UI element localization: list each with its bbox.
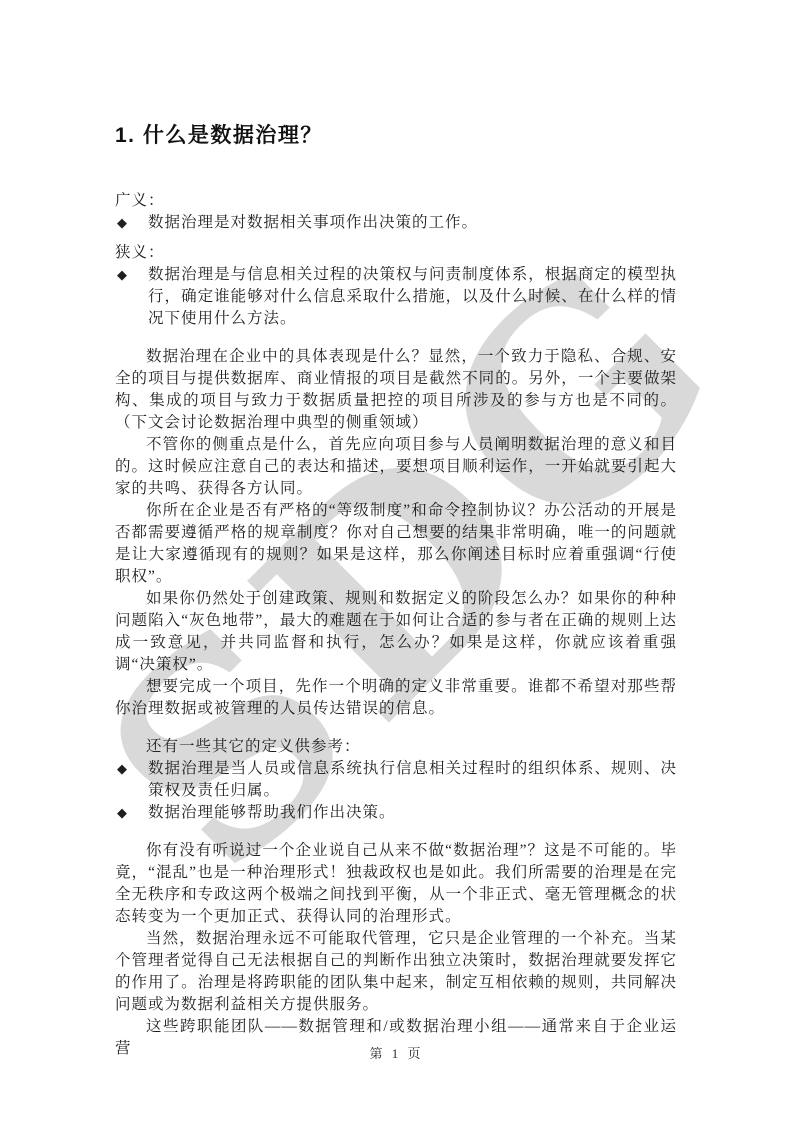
bullet-diamond-icon: ◆ <box>117 212 127 234</box>
document-page: SDG 1. 什么是数据治理？ 广义： ◆ 数据治理是对数据相关事项作出决策的工… <box>0 0 793 1122</box>
broad-definition-label: 广义： <box>115 190 677 212</box>
list-item-text: 数据治理是当人员或信息系统执行信息相关过程时的组织体系、规则、决策权及责任归属。 <box>148 760 677 799</box>
list-item-other-definition: ◆ 数据治理是当人员或信息系统执行信息相关过程时的组织体系、规则、决策权及责任归… <box>115 758 677 802</box>
paragraph: 你有没有听说过一个企业说自己从来不做“数据治理”？这是不可能的。毕竟，“混乱”也… <box>115 840 677 928</box>
bullet-diamond-icon: ◆ <box>117 802 127 824</box>
narrow-definition-label: 狭义： <box>115 242 677 264</box>
paragraph: 数据治理在企业中的具体表现是什么？显然，一个致力于隐私、合规、安全的项目与提供数… <box>115 346 677 434</box>
footer-page-number: 第 1 页 <box>0 1043 793 1062</box>
list-item-narrow-definition: ◆ 数据治理是与信息相关过程的决策权与问责制度体系，根据商定的模型执行，确定谁能… <box>115 264 677 330</box>
spacer <box>115 234 677 242</box>
page-content: 1. 什么是数据治理？ 广义： ◆ 数据治理是对数据相关事项作出决策的工作。 狭… <box>115 122 677 1060</box>
bullet-diamond-icon: ◆ <box>117 264 127 286</box>
spacer <box>115 720 677 736</box>
list-item-broad-definition: ◆ 数据治理是对数据相关事项作出决策的工作。 <box>115 212 677 234</box>
spacer <box>115 824 677 840</box>
spacer <box>115 330 677 346</box>
list-item-text: 数据治理是与信息相关过程的决策权与问责制度体系，根据商定的模型执行，确定谁能够对… <box>148 266 677 327</box>
list-item-other-definition: ◆ 数据治理能够帮助我们作出决策。 <box>115 802 677 824</box>
bullet-diamond-icon: ◆ <box>117 758 127 780</box>
list-item-text: 数据治理能够帮助我们作出决策。 <box>148 804 396 821</box>
page-title: 1. 什么是数据治理？ <box>115 122 677 150</box>
other-definitions-intro: 还有一些其它的定义供参考： <box>115 736 677 758</box>
paragraph: 如果你仍然处于创建政策、规则和数据定义的阶段怎么办？如果你的种种问题陷入“灰色地… <box>115 588 677 676</box>
paragraph: 不管你的侧重点是什么，首先应向项目参与人员阐明数据治理的意义和目的。这时候应注意… <box>115 434 677 500</box>
paragraph: 你所在企业是否有严格的“等级制度”和命令控制协议？办公活动的开展是否都需要遵循严… <box>115 500 677 588</box>
paragraph: 当然，数据治理永远不可能取代管理，它只是企业管理的一个补充。当某个管理者觉得自己… <box>115 928 677 1016</box>
list-item-text: 数据治理是对数据相关事项作出决策的工作。 <box>148 214 478 231</box>
paragraph: 想要完成一个项目，先作一个明确的定义非常重要。谁都不希望对那些帮你治理数据或被管… <box>115 676 677 720</box>
